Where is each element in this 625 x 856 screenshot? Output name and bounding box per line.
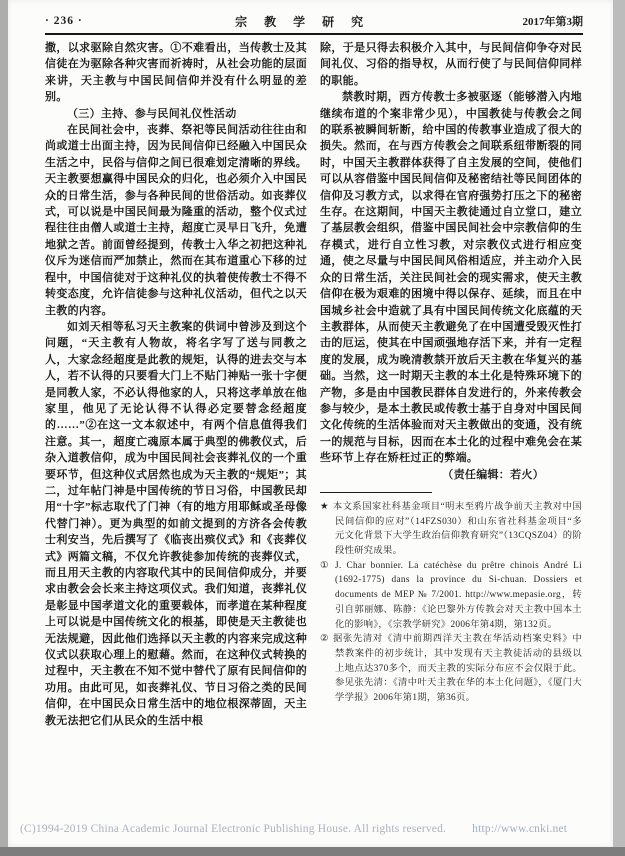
cnki-copyright-footer: (C)1994-2019 China Academic Journal Elec… xyxy=(20,823,620,835)
page-surface: · 236 · 宗 教 学 研 究 2017年第3期 撒，以求驱除自然灾害。①不… xyxy=(8,0,613,847)
paragraph: 在民间社会中，丧葬、祭祀等民间活动往往由和尚或道士出面主持，因为民间信仰已经融入… xyxy=(45,122,307,319)
issue-label: 2017年第3期 xyxy=(523,13,584,29)
circled-1-marker-icon: ① xyxy=(320,561,331,571)
footnote-separator xyxy=(320,492,432,493)
page-number: · 236 · xyxy=(45,15,83,27)
cnki-url: http://www.cnki.net xyxy=(472,823,567,835)
footnote-fund: ★本文系国家社科基金项目“明末至鸦片战争前天主教对中国民间信仰的应对”（14FZ… xyxy=(320,500,582,559)
circled-2-marker-icon: ② xyxy=(320,634,329,644)
page-header: · 236 · 宗 教 学 研 究 2017年第3期 xyxy=(45,12,583,30)
paragraph: 禁教时期，西方传教士多被驱逐（能够潜入内地继续布道的个案非常少见），中国教徒与传… xyxy=(320,89,582,466)
star-marker-icon: ★ xyxy=(320,502,329,512)
copyright-text: (C)1994-2019 China Academic Journal Elec… xyxy=(20,823,446,835)
journal-title: 宗 教 学 研 究 xyxy=(235,13,370,30)
footnote-1: ①J. Char bonnier. La catéchèse du prêtre… xyxy=(320,559,582,633)
header-rule xyxy=(45,33,583,35)
footnotes-block: ★本文系国家社科基金项目“明末至鸦片战争前天主教对中国民间信仰的应对”（14FZ… xyxy=(320,492,582,706)
scanned-journal-page: · 236 · 宗 教 学 研 究 2017年第3期 撒，以求驱除自然灾害。①不… xyxy=(0,0,625,856)
scan-edge-bottom xyxy=(0,847,625,856)
paragraph-continuation: 撒，以求驱除自然灾害。①不难看出，当传教士及其信徒在为驱除各种灾害而祈祷时，从社… xyxy=(45,40,307,106)
footnote-text: 据张先清对《清中前期西洋天主教在华活动档案史料》中禁教案件的初步统计，其中发现有… xyxy=(333,634,582,703)
editor-note: （责任编辑：若火） xyxy=(320,467,582,483)
scan-edge-left xyxy=(0,0,8,856)
left-column: 撒，以求驱除自然灾害。①不难看出，当传教士及其信徒在为驱除各种灾害而祈祷时，从社… xyxy=(45,40,307,782)
paragraph: 如刘天相等私习天主教案的供词中曾涉及到这个问题，“天主教有人物故，将名字写了送与… xyxy=(45,319,307,729)
footnote-text: 本文系国家社科基金项目“明末至鸦片战争前天主教对中国民间信仰的应对”（14FZS… xyxy=(333,502,582,556)
footnote-2: ②据张先清对《清中前期西洋天主教在华活动档案史料》中禁教案件的初步统计，其中发现… xyxy=(320,632,582,706)
right-column: 除，于是只得去积极介入其中，与民间信仰争夺对民间礼仪、习俗的指导权，从而行使了与… xyxy=(320,40,582,782)
text-columns: 撒，以求驱除自然灾害。①不难看出，当传教士及其信徒在为驱除各种灾害而祈祷时，从社… xyxy=(45,40,583,782)
footnote-text: J. Char bonnier. La catéchèse du prêtre … xyxy=(335,561,582,630)
paragraph-continuation: 除，于是只得去积极介入其中，与民间信仰争夺对民间礼仪、习俗的指导权，从而行使了与… xyxy=(320,40,582,89)
section-heading: （三）主持、参与民间礼仪性活动 xyxy=(45,106,307,122)
scan-edge-right xyxy=(613,0,625,856)
